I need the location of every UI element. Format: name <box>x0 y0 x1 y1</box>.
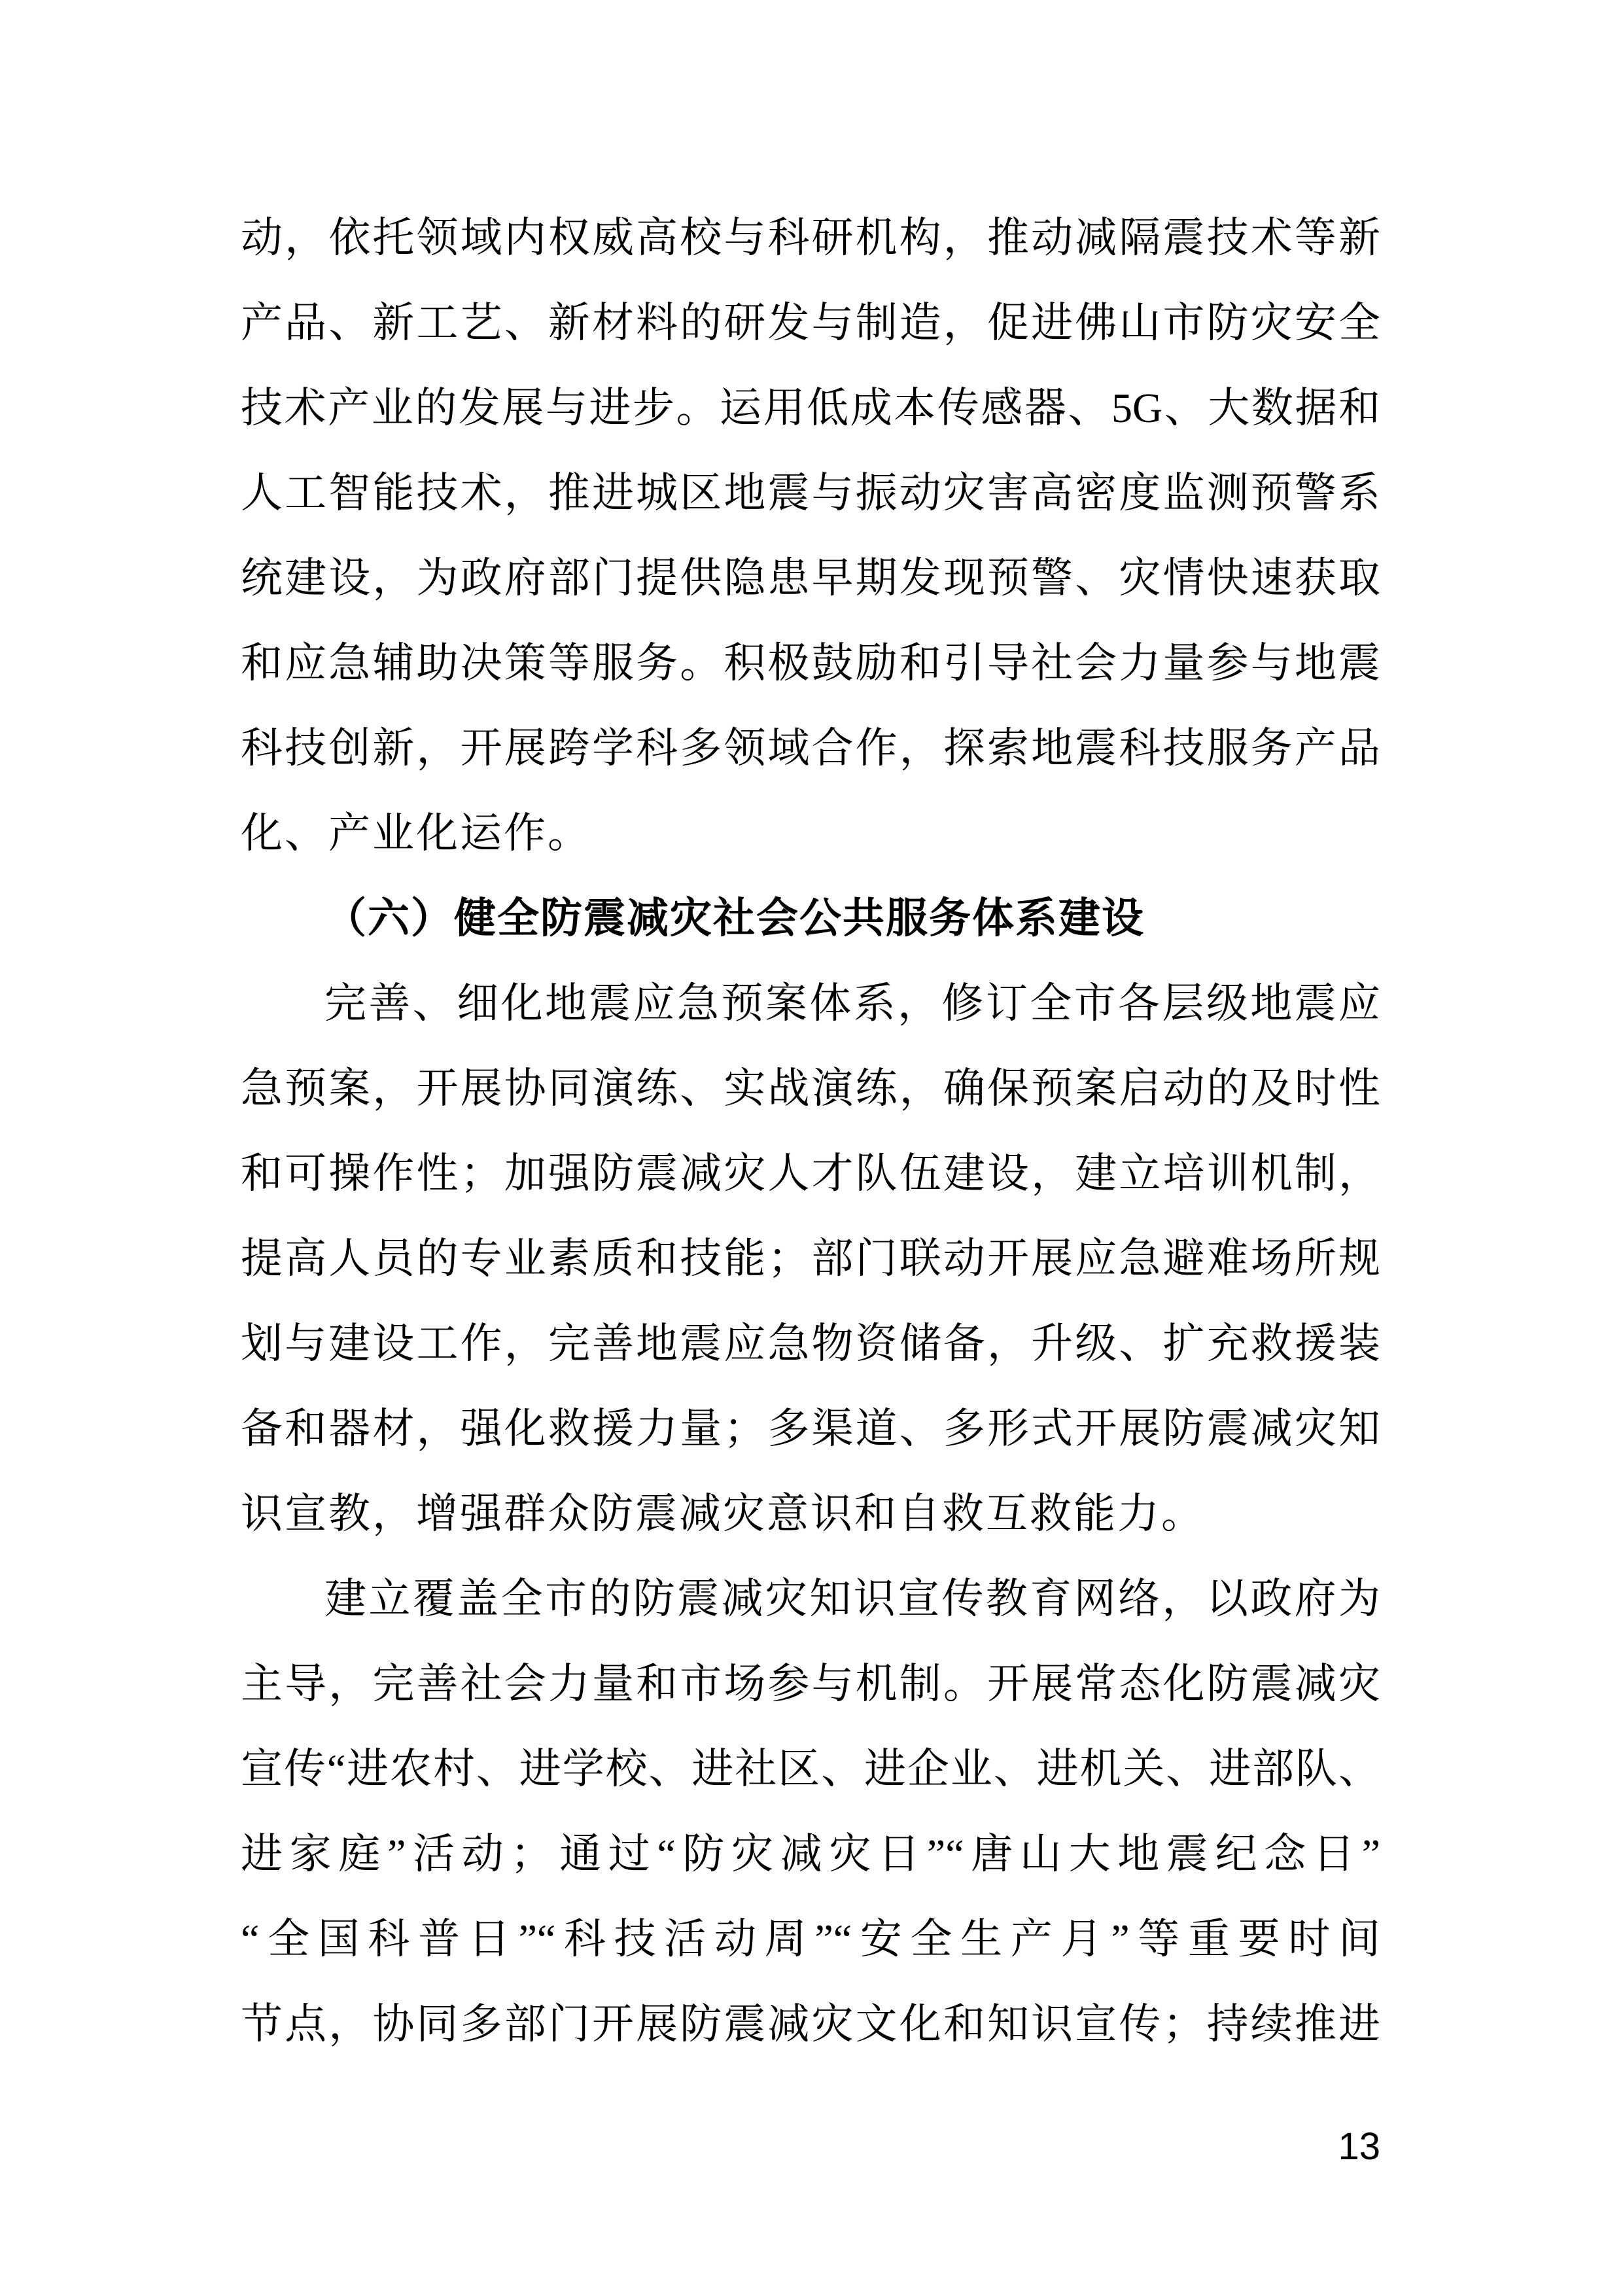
document-text-block: 动，依托领域内权威高校与科研机构，推动减隔震技术等新 产品、新工艺、新材料的研发… <box>241 196 1380 2067</box>
text-line: 化、产业化运作。 <box>241 791 1380 876</box>
text-line: 和可操作性；加强防震减灾人才队伍建设，建立培训机制， <box>241 1131 1380 1216</box>
text-line: 备和器材，强化救援力量；多渠道、多形式开展防震减灾知 <box>241 1386 1380 1472</box>
text-line: 识宣教，增强群众防震减灾意识和自救互救能力。 <box>241 1472 1380 1557</box>
text-line: 统建设，为政府部门提供隐患早期发现预警、灾情快速获取 <box>241 536 1380 621</box>
text-line: 进家庭”活动；通过“防灾减灾日”“唐山大地震纪念日” <box>241 1812 1380 1897</box>
section-heading: （六）健全防震减灾社会公共服务体系建设 <box>241 876 1380 961</box>
text-line: 主导，完善社会力量和市场参与机制。开展常态化防震减灾 <box>241 1642 1380 1727</box>
text-line: 技术产业的发展与进步。运用低成本传感器、5G、大数据和 <box>241 366 1380 451</box>
text-line: 提高人员的专业素质和技能；部门联动开展应急避难场所规 <box>241 1216 1380 1301</box>
text-line: “全国科普日”“科技活动周”“安全生产月”等重要时间 <box>241 1897 1380 1982</box>
page-number: 13 <box>1338 2128 1380 2166</box>
text-line: 和应急辅助决策等服务。积极鼓励和引导社会力量参与地震 <box>241 621 1380 706</box>
text-line: 科技创新，开展跨学科多领域合作，探索地震科技服务产品 <box>241 706 1380 791</box>
text-line: 完善、细化地震应急预案体系，修订全市各层级地震应 <box>241 961 1380 1046</box>
text-line: 产品、新工艺、新材料的研发与制造，促进佛山市防灾安全 <box>241 281 1380 366</box>
text-line: 宣传“进农村、进学校、进社区、进企业、进机关、进部队、 <box>241 1727 1380 1812</box>
text-line: 动，依托领域内权威高校与科研机构，推动减隔震技术等新 <box>241 196 1380 281</box>
text-line: 人工智能技术，推进城区地震与振动灾害高密度监测预警系 <box>241 451 1380 536</box>
text-line: 急预案，开展协同演练、实战演练，确保预案启动的及时性 <box>241 1046 1380 1131</box>
text-line: 划与建设工作，完善地震应急物资储备，升级、扩充救援装 <box>241 1301 1380 1386</box>
text-line: 节点，协同多部门开展防震减灾文化和知识宣传；持续推进 <box>241 1982 1380 2067</box>
document-page: 动，依托领域内权威高校与科研机构，推动减隔震技术等新 产品、新工艺、新材料的研发… <box>0 0 1623 2296</box>
text-line: 建立覆盖全市的防震减灾知识宣传教育网络，以政府为 <box>241 1557 1380 1642</box>
